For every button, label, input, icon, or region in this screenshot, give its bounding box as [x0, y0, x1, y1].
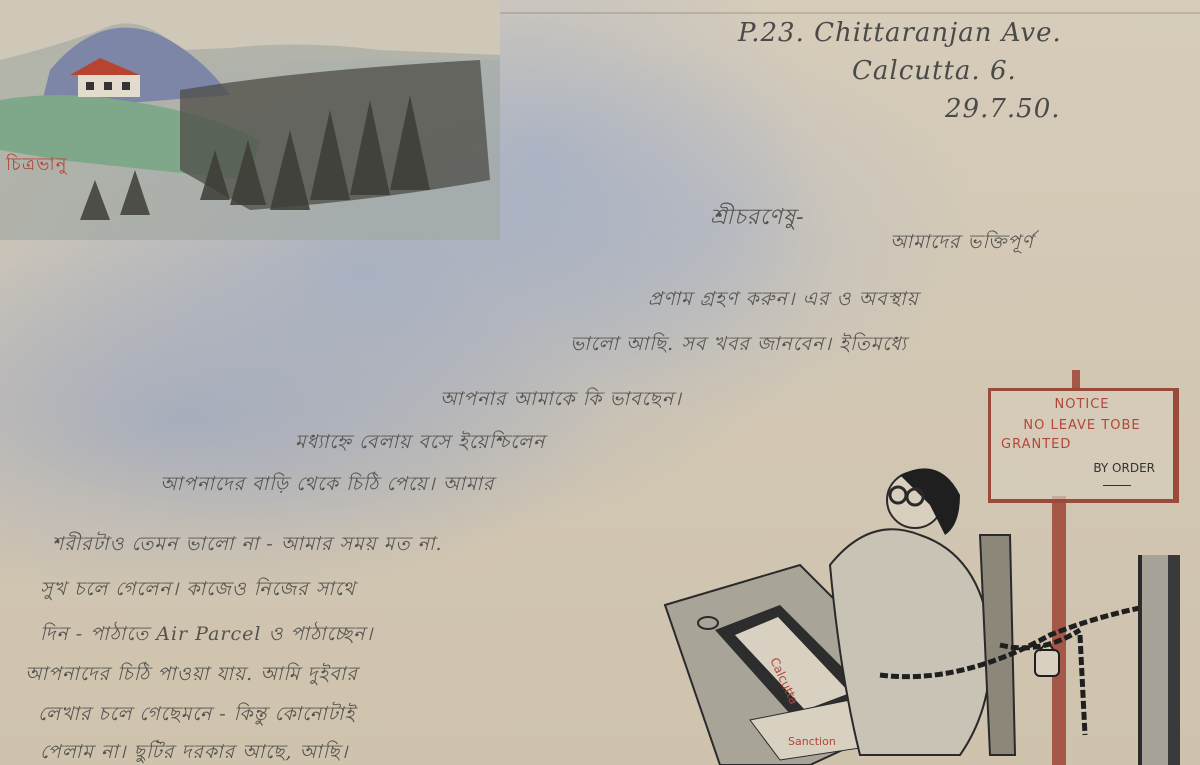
- letter-line: শরীরটাও তেমন ভালো না - আমার সময় মত না.: [52, 530, 443, 562]
- clerk-figure: [830, 468, 1015, 755]
- letter-line: প্রণাম গ্রহণ করুন। এর ও অবস্থায়: [648, 285, 919, 317]
- letter-date: 29.7.50.: [945, 94, 1061, 124]
- hill-landscape-illustration: [0, 0, 500, 240]
- letter-line: আপনাদের বাড়ি থেকে চিঠি পেয়ে। আমার: [160, 470, 494, 502]
- letter-line: মধ্যাহ্নে বেলায় বসে ইয়েশ্চিলেন: [295, 428, 545, 460]
- scene-caption: চিত্রভানু: [6, 150, 67, 181]
- letter-line: আমাদের ভক্তিপূর্ণ: [890, 228, 1034, 260]
- letter-line: লেখার চলে গেছেমনে - কিন্তু কোনোটাই: [38, 700, 355, 732]
- letter-line: আপনাদের চিঠি পাওয়া যায়. আমি দুইবার: [25, 660, 358, 692]
- letter-line: পেলাম না। ছুটির দরকার আছে, আছি।: [40, 738, 348, 765]
- svg-text:Sanction: Sanction: [788, 735, 836, 748]
- gate-pillar: [1138, 555, 1180, 765]
- notice-line-2: GRANTED: [991, 437, 1183, 452]
- notice-line-1: NO LEAVE TOBE: [991, 418, 1173, 433]
- notice-title: NOTICE: [991, 397, 1173, 412]
- sign-post-top: [1072, 370, 1080, 388]
- address-line-2: Calcutta. 6.: [852, 56, 1017, 86]
- address-line-1: P.23. Chittaranjan Ave.: [738, 18, 1062, 48]
- salutation: শ্রীচরণেষু-: [710, 200, 805, 237]
- letter-line: সুখ চলে গেলেন। কাজেও নিজের সাথে: [40, 575, 356, 607]
- letter-line: ভালো আছি. সব খবর জানবেন। ইতিমধ্যে: [570, 330, 907, 362]
- letter-line: আপনার আমাকে কি ভাবছেন।: [440, 385, 682, 417]
- chained-clerk-illustration: Calcutta Sanction: [660, 455, 1200, 765]
- letter-line: দিন - পাঠাতে Air Parcel ও পাঠাচ্ছেন।: [40, 620, 373, 652]
- illustrated-letter: চিত্রভানু P.23. Chittaranjan Ave. Calcut…: [0, 0, 1200, 765]
